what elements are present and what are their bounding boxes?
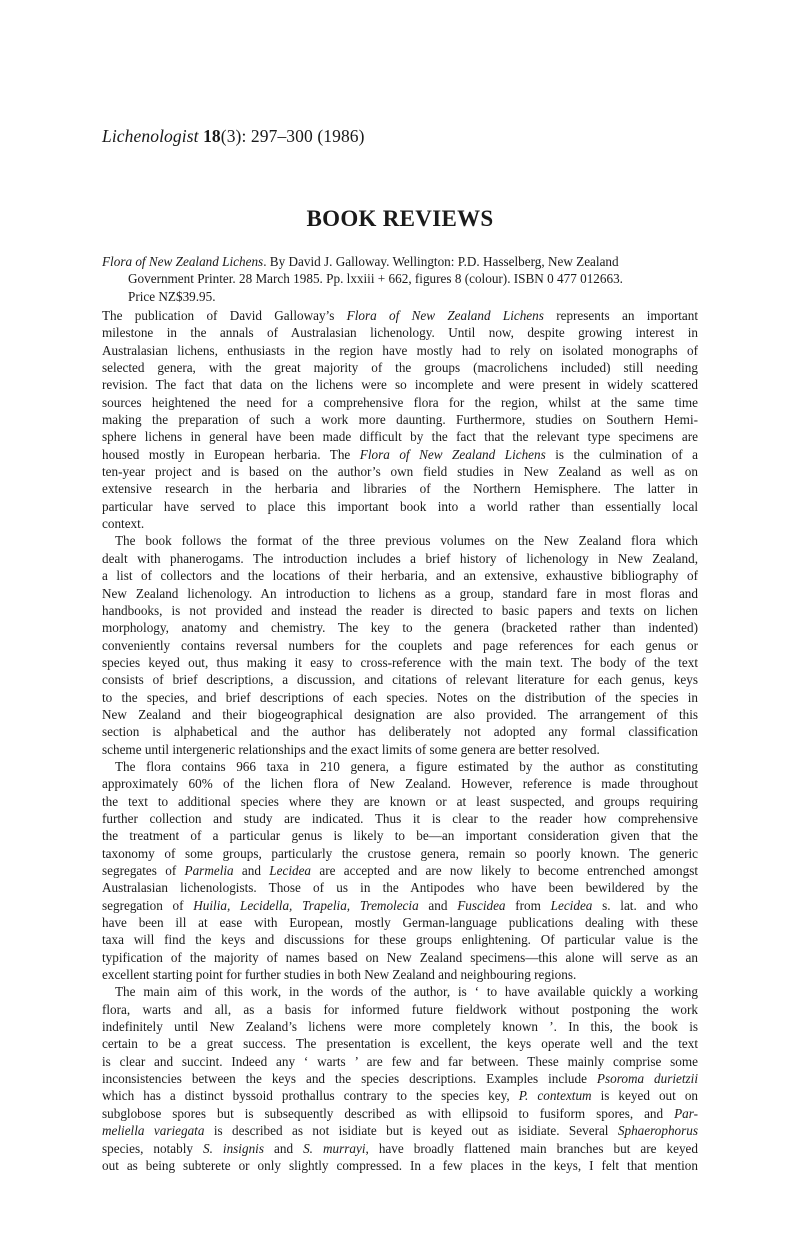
text-segment: consists of brief descriptions, a discus… — [102, 672, 698, 687]
text-line: The main aim of this work, in the words … — [102, 983, 698, 1000]
text-line: dealt with phanerogams. The introduction… — [102, 550, 698, 567]
text-line: inconsistencies between the keys and the… — [102, 1070, 698, 1087]
text-segment: The main aim of this work, in the words … — [115, 984, 698, 999]
text-segment: is the culmination of a — [546, 447, 698, 462]
citation-author-publisher: . By David J. Galloway. Wellington: P.D.… — [263, 254, 618, 269]
text-segment: Australasian lichenologists. Those of us… — [102, 880, 698, 895]
text-line: which has a distinct byssoid prothallus … — [102, 1087, 698, 1104]
review-paragraph: The main aim of this work, in the words … — [102, 983, 698, 1174]
text-line: handbooks, is not provided and instead t… — [102, 602, 698, 619]
text-segment: is described as not isidiate but is keye… — [204, 1123, 617, 1138]
text-segment: extensive research in the herbaria and l… — [102, 481, 698, 496]
text-line: typification of the majority of names ba… — [102, 949, 698, 966]
text-line: segregation of Huilia, Lecidella, Trapel… — [102, 897, 698, 914]
text-segment: further collection and study are indicat… — [102, 811, 698, 826]
text-segment: inconsistencies between the keys and the… — [102, 1071, 597, 1086]
text-line: morphology, anatomy and chemistry. The k… — [102, 619, 698, 636]
text-line: housed mostly in European herbaria. The … — [102, 446, 698, 463]
text-segment: scheme until intergeneric relationships … — [102, 742, 600, 757]
text-line: consists of brief descriptions, a discus… — [102, 671, 698, 688]
text-segment: flora, warts and all, as a basis for inf… — [102, 1002, 698, 1017]
text-line: Australasian lichens, enthusiasts in the… — [102, 342, 698, 359]
text-segment: and — [234, 863, 270, 878]
text-line: flora, warts and all, as a basis for inf… — [102, 1001, 698, 1018]
text-segment: certain to be a great success. The prese… — [102, 1036, 698, 1051]
text-segment: excellent starting point for further stu… — [102, 967, 576, 982]
text-segment: to the species, and brief descriptions o… — [102, 690, 698, 705]
text-segment: and — [419, 898, 458, 913]
italic-term: S. murrayi — [303, 1141, 365, 1156]
text-segment: milestone in the annals of Australasian … — [102, 325, 698, 340]
italic-term: Flora of New Zealand Lichens — [360, 447, 546, 462]
text-line: the text to additional species where the… — [102, 793, 698, 810]
text-line: The publication of David Galloway’s Flor… — [102, 307, 698, 324]
text-line: have been ill at ease with European, mos… — [102, 914, 698, 931]
text-segment: sources heightened the need for a compre… — [102, 395, 698, 410]
text-segment: species, notably — [102, 1141, 203, 1156]
italic-term: Fuscidea — [457, 898, 505, 913]
italic-term: Par- — [674, 1106, 698, 1121]
text-line: milestone in the annals of Australasian … — [102, 324, 698, 341]
text-segment: is clear and succint. Indeed any ‘ warts… — [102, 1054, 698, 1069]
text-line: a list of collectors and the locations o… — [102, 567, 698, 584]
italic-term: Lecidea — [551, 898, 593, 913]
text-line: segregates of Parmelia and Lecidea are a… — [102, 862, 698, 879]
citation-price: Price NZ$39.95. — [102, 288, 698, 305]
citation-line-2: Government Printer. 28 March 1985. Pp. l… — [102, 270, 698, 287]
text-segment: making the preparation of such a work mo… — [102, 412, 698, 427]
text-line: to the species, and brief descriptions o… — [102, 689, 698, 706]
text-line: out as being subterete or only slightly … — [102, 1157, 698, 1174]
text-line: New Zealand lichenology. An introduction… — [102, 585, 698, 602]
text-line: excellent starting point for further stu… — [102, 966, 698, 983]
text-segment: out as being subterete or only slightly … — [102, 1158, 698, 1173]
text-segment: dealt with phanerogams. The introduction… — [102, 551, 698, 566]
text-segment: indefinitely until New Zealand’s lichens… — [102, 1019, 698, 1034]
text-segment: taxa will find the keys and discussions … — [102, 932, 698, 947]
text-segment: conveniently contains reversal numbers f… — [102, 638, 698, 653]
text-line: subglobose spores but is subsequently de… — [102, 1105, 698, 1122]
citation-line-1: Flora of New Zealand Lichens. By David J… — [102, 253, 698, 270]
text-line: certain to be a great success. The prese… — [102, 1035, 698, 1052]
text-line: The book follows the format of the three… — [102, 532, 698, 549]
text-segment: the text to additional species where the… — [102, 794, 698, 809]
italic-term: Flora of New Zealand Lichens — [347, 308, 544, 323]
text-segment: revision. The fact that data on the lich… — [102, 377, 698, 392]
text-line: particular have served to place this imp… — [102, 498, 698, 515]
text-segment: context. — [102, 516, 144, 531]
text-line: revision. The fact that data on the lich… — [102, 376, 698, 393]
text-segment: are accepted and are now likely to becom… — [311, 863, 698, 878]
text-line: is clear and succint. Indeed any ‘ warts… — [102, 1053, 698, 1070]
journal-issue-pages-year: (3): 297–300 (1986) — [221, 126, 365, 146]
italic-term: S. insignis — [203, 1141, 264, 1156]
text-segment: the treatment of a particular genus is l… — [102, 828, 698, 843]
text-segment: particular have served to place this imp… — [102, 499, 698, 514]
text-segment: handbooks, is not provided and instead t… — [102, 603, 698, 618]
text-line: ten-year project and is based on the aut… — [102, 463, 698, 480]
text-segment: sphere lichens in general have been made… — [102, 429, 698, 444]
text-segment: and — [264, 1141, 303, 1156]
text-line: The flora contains 966 taxa in 210 gener… — [102, 758, 698, 775]
text-segment: , have broadly flattened main branches b… — [366, 1141, 699, 1156]
text-line: the treatment of a particular genus is l… — [102, 827, 698, 844]
review-paragraph: The flora contains 966 taxa in 210 gener… — [102, 758, 698, 983]
text-segment: approximately 60% of the lichen flora of… — [102, 776, 698, 791]
italic-term: Huilia, Lecidella, Trapelia, Tremolecia — [193, 898, 418, 913]
text-line: indefinitely until New Zealand’s lichens… — [102, 1018, 698, 1035]
section-title: BOOK REVIEWS — [0, 206, 800, 232]
italic-term: Lecidea — [269, 863, 311, 878]
text-line: scheme until intergeneric relationships … — [102, 741, 698, 758]
review-paragraph: The publication of David Galloway’s Flor… — [102, 307, 698, 532]
text-segment: selected genera, with the great majority… — [102, 360, 698, 375]
journal-volume: 18 — [203, 126, 221, 146]
text-segment: typification of the majority of names ba… — [102, 950, 698, 965]
text-line: meliella variegata is described as not i… — [102, 1122, 698, 1139]
text-segment: ten-year project and is based on the aut… — [102, 464, 698, 479]
italic-term: Sphaerophorus — [618, 1123, 698, 1138]
text-segment: is keyed out on — [592, 1088, 698, 1103]
text-segment: segregation of — [102, 898, 193, 913]
text-line: species, notably S. insignis and S. murr… — [102, 1140, 698, 1157]
text-line: extensive research in the herbaria and l… — [102, 480, 698, 497]
journal-name: Lichenologist — [102, 126, 199, 146]
italic-term: Parmelia — [185, 863, 234, 878]
journal-citation-header: Lichenologist 18(3): 297–300 (1986) — [102, 126, 365, 147]
italic-term: P. contextum — [519, 1088, 592, 1103]
italic-term: meliella variegata — [102, 1123, 204, 1138]
text-segment: The book follows the format of the three… — [115, 533, 698, 548]
text-line: further collection and study are indicat… — [102, 810, 698, 827]
text-segment: section is alphabetical and the author h… — [102, 724, 698, 739]
text-line: Australasian lichenologists. Those of us… — [102, 879, 698, 896]
text-line: taxonomy of some groups, particularly th… — [102, 845, 698, 862]
text-line: selected genera, with the great majority… — [102, 359, 698, 376]
text-segment: species keyed out, thus making it easy t… — [102, 655, 698, 670]
text-segment: which has a distinct byssoid prothallus … — [102, 1088, 519, 1103]
text-segment: have been ill at ease with European, mos… — [102, 915, 698, 930]
text-line: sphere lichens in general have been made… — [102, 428, 698, 445]
text-segment: s. lat. and who — [592, 898, 698, 913]
text-segment: The flora contains 966 taxa in 210 gener… — [115, 759, 698, 774]
text-segment: The publication of David Galloway’s — [102, 308, 347, 323]
text-segment: housed mostly in European herbaria. The — [102, 447, 360, 462]
text-segment: segregates of — [102, 863, 185, 878]
text-segment: taxonomy of some groups, particularly th… — [102, 846, 698, 861]
text-segment: from — [506, 898, 551, 913]
text-segment: represents an important — [544, 308, 698, 323]
review-body: The publication of David Galloway’s Flor… — [102, 307, 698, 1174]
italic-term: Psoroma durietzii — [597, 1071, 698, 1086]
text-line: approximately 60% of the lichen flora of… — [102, 775, 698, 792]
text-segment: morphology, anatomy and chemistry. The k… — [102, 620, 698, 635]
text-segment: New Zealand and their biogeographical de… — [102, 707, 698, 722]
review-paragraph: The book follows the format of the three… — [102, 532, 698, 757]
text-line: taxa will find the keys and discussions … — [102, 931, 698, 948]
text-line: conveniently contains reversal numbers f… — [102, 637, 698, 654]
text-segment: Australasian lichens, enthusiasts in the… — [102, 343, 698, 358]
text-segment: a list of collectors and the locations o… — [102, 568, 698, 583]
text-segment: subglobose spores but is subsequently de… — [102, 1106, 674, 1121]
text-line: sources heightened the need for a compre… — [102, 394, 698, 411]
text-line: context. — [102, 515, 698, 532]
book-citation: Flora of New Zealand Lichens. By David J… — [102, 253, 698, 305]
text-line: section is alphabetical and the author h… — [102, 723, 698, 740]
text-line: making the preparation of such a work mo… — [102, 411, 698, 428]
text-line: species keyed out, thus making it easy t… — [102, 654, 698, 671]
text-segment: New Zealand lichenology. An introduction… — [102, 586, 698, 601]
book-title: Flora of New Zealand Lichens — [102, 254, 263, 269]
text-line: New Zealand and their biogeographical de… — [102, 706, 698, 723]
